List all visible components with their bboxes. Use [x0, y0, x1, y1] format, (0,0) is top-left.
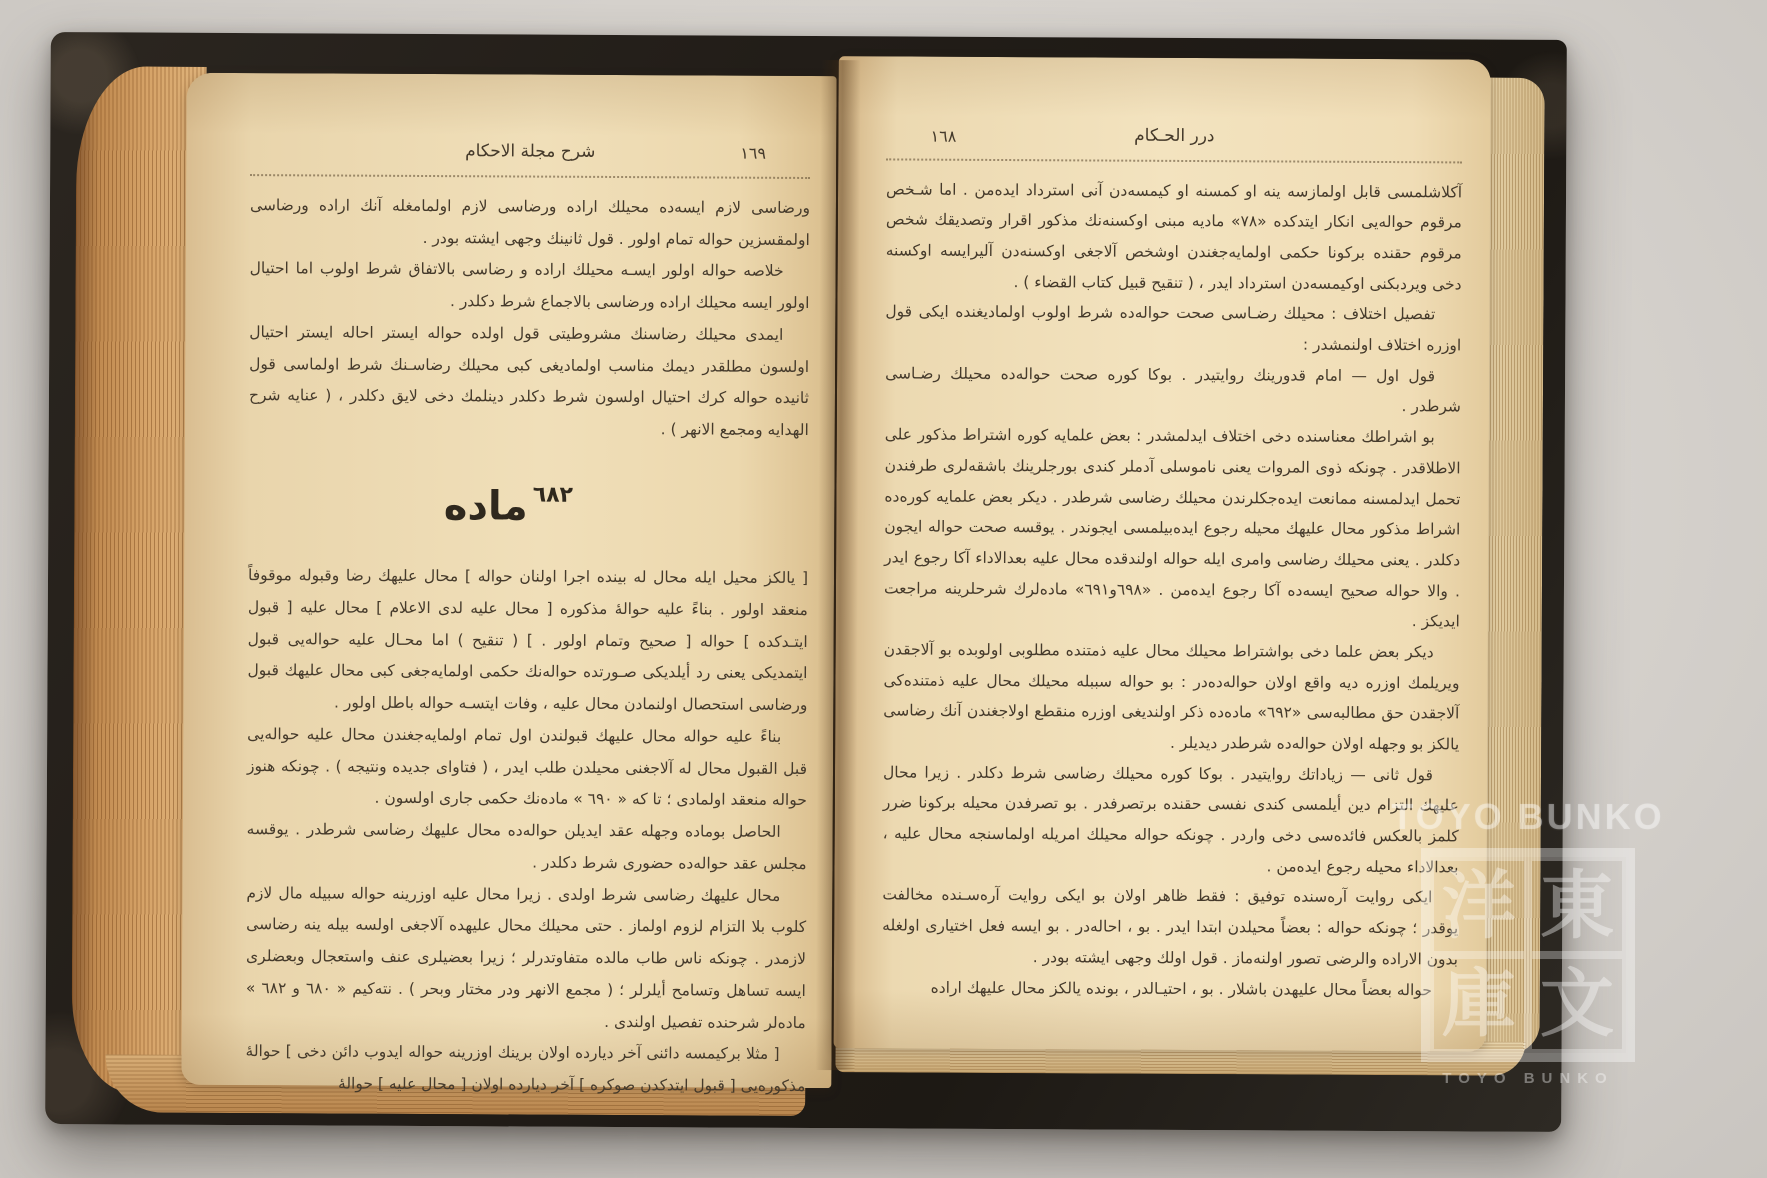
paragraph: قول اول — امام قدورينك روايتيدر . بوكا ك…	[885, 358, 1461, 422]
paragraph: تفصيل اختلاف : محيلك رضـاسى صحت حواله‌ده…	[885, 297, 1461, 361]
left-page-number: ١٦٩	[740, 138, 810, 171]
book-photo: ١٦٩ شرح مجلة الاحكام ورضاسى لازم ايسه‌ده…	[0, 0, 1767, 1178]
paragraph: محال عليهك رضاسى شرط اولدى . زيرا محال ع…	[246, 878, 807, 1040]
paragraph: [ يالكز محيل ايله محال له بينده اجرا اول…	[247, 560, 808, 722]
open-book: ١٦٩ شرح مجلة الاحكام ورضاسى لازم ايسه‌ده…	[45, 26, 1571, 1138]
right-page-running-title: درر الحـكام	[956, 119, 1392, 155]
paragraph: حواله بعضاً محال عليهدن باشلار . بو ، اح…	[882, 972, 1458, 1006]
left-page-running-title: شرح مجلة الاحكام	[320, 133, 740, 170]
paragraph: ورضاسى لازم ايسه‌ده محيلك اراده ورضاسى ل…	[250, 190, 810, 256]
paragraph: [ مثلا بركيمسه دائنى آخر ديارده اولان بر…	[245, 1037, 805, 1103]
right-page-number: ١٦٨	[886, 120, 956, 152]
paragraph: قول ثانى — زياداتك روايتيدر . بوكا كوره …	[882, 757, 1459, 883]
paragraph: بناءً عليه حواله محال عليهك قبولندن اول …	[247, 719, 807, 817]
left-page-header: ١٦٩ شرح مجلة الاحكام	[250, 133, 810, 179]
left-page-text: ١٦٩ شرح مجلة الاحكام ورضاسى لازم ايسه‌ده…	[245, 133, 810, 1103]
paragraph: ايكى روايت آره‌سنده توفيق : فقط ظاهر اول…	[882, 880, 1458, 975]
paragraph: بو اشراطك معناسنده دخى اختلاف ايدلمشدر :…	[884, 420, 1461, 638]
right-page-text: درر الحـكام ١٦٨ آكلاشلمسى قابل اولمازسه …	[882, 118, 1463, 1005]
book-gutter	[815, 60, 860, 1070]
article-number: ٦٨٢	[533, 483, 573, 508]
paragraph: ديكر بعض علما دخى بواشتراط محيلك محال عل…	[883, 634, 1460, 760]
article-word: ماده	[444, 483, 528, 529]
paragraph: ايمدى محيلك رضاسنك مشروطيتى قول اولده حو…	[249, 317, 810, 447]
paragraph: آكلاشلمسى قابل اولمازسه ينه او كمسنه او …	[885, 174, 1462, 300]
right-page-header: درر الحـكام ١٦٨	[886, 118, 1462, 163]
article-heading: ٦٨٢ ماده	[248, 464, 768, 549]
paragraph: الحاصل بوماده وجهله عقد ايديلن حواله‌ده …	[246, 814, 806, 880]
paragraph: خلاصه حواله اولور ايسـه محيلك اراده و رض…	[249, 253, 809, 319]
